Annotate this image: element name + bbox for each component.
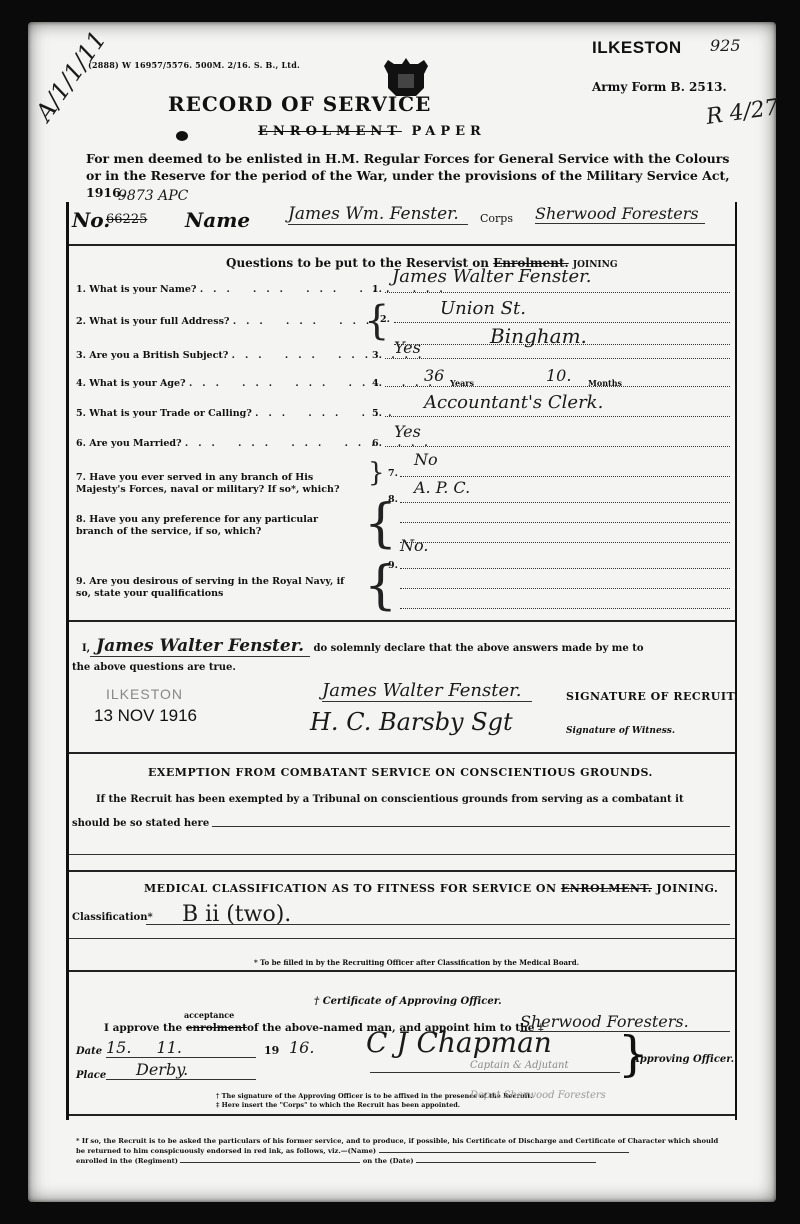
place-field[interactable]: Derby.: [106, 1060, 256, 1080]
corps-label: Corps: [480, 212, 513, 225]
on-date-field[interactable]: [416, 1162, 596, 1163]
declaration-line: I,James Walter Fenster. do solemnly decl…: [82, 636, 732, 656]
inserted-word: acceptance: [184, 1010, 234, 1020]
classification-field[interactable]: B ii (two).: [182, 902, 291, 927]
officer-regiment-stamp: Depot Sherwood Foresters: [470, 1090, 606, 1101]
answer-line: [385, 292, 730, 293]
question-4: 4. What is your Age? ... ... ... ... ...: [76, 378, 442, 389]
approval-prefix: I approve the: [104, 1022, 182, 1034]
year-prefix: 19: [264, 1044, 279, 1057]
certificate-title: † Certificate of Approving Officer.: [314, 996, 502, 1007]
answer-line: [400, 522, 730, 523]
medical-title-struck: ENROLMENT.: [561, 882, 652, 895]
answer-line: [385, 358, 730, 359]
answer-line: [385, 416, 730, 417]
medical-title-replacement: JOINING.: [656, 882, 718, 895]
answer-line: [394, 322, 730, 323]
corps-field[interactable]: Sherwood Foresters: [535, 204, 705, 224]
divider: [69, 938, 735, 939]
recruit-signature[interactable]: James Walter Fenster.: [322, 680, 532, 702]
exemption-text-2: should be so stated here: [72, 818, 209, 829]
date-label: Date: [76, 1046, 102, 1057]
officer-signature[interactable]: C J Chapman: [366, 1026, 552, 1059]
officer-title-stamp: Captain & Adjutant: [470, 1060, 569, 1071]
answer-2-line1[interactable]: Union St.: [440, 298, 526, 319]
date-stamp-date: 13 NOV 1916: [94, 706, 197, 726]
seal-mark: [176, 131, 188, 141]
age-months[interactable]: 10.: [546, 366, 571, 385]
answer-number-9: 9.: [388, 560, 398, 571]
answer-number-2: 2.: [380, 314, 390, 325]
answer-line: [400, 608, 730, 609]
royal-crest-icon: [376, 56, 436, 100]
answer-6[interactable]: Yes: [394, 422, 421, 441]
answer-number-8: 8.: [388, 494, 398, 505]
answer-line: [400, 588, 730, 589]
stamp-number: 925: [710, 36, 741, 55]
approval-struck: enrolment: [186, 1022, 247, 1034]
subtitle-text: PAPER: [411, 124, 485, 139]
medical-title: MEDICAL CLASSIFICATION AS TO FITNESS FOR…: [144, 882, 718, 895]
answer-number-7: 7.: [388, 468, 398, 479]
answer-number-3: 3.: [372, 350, 382, 361]
divider: [69, 854, 735, 855]
document-subtitle: ENROLMENT PAPER: [258, 124, 486, 139]
exemption-field[interactable]: [212, 826, 730, 827]
answer-1[interactable]: James Walter Fenster.: [392, 266, 592, 287]
divider: [69, 970, 735, 972]
answer-line: [400, 542, 730, 543]
classification-label: Classification*: [72, 912, 153, 923]
place-label: Place: [76, 1070, 106, 1081]
name-field[interactable]: James Wm. Fenster.: [288, 204, 468, 225]
medical-note: * To be filled in by the Recruiting Offi…: [254, 958, 579, 967]
date-field[interactable]: 15. 11.: [106, 1038, 256, 1058]
brace: }: [368, 458, 385, 488]
answer-number-6: 6.: [372, 438, 382, 449]
army-form-number: Army Form B. 2513.: [592, 80, 727, 94]
exemption-title: EXEMPTION FROM COMBATANT SERVICE ON CONS…: [148, 766, 653, 779]
answer-line: [400, 476, 730, 477]
subtitle-struck: ENROLMENT: [258, 124, 402, 139]
answer-number-4: 4.: [372, 378, 382, 389]
former-service-note: * If so, the Recruit is to be asked the …: [76, 1136, 728, 1166]
regiment-field[interactable]: [180, 1162, 360, 1163]
answer-8[interactable]: A. P. C.: [414, 478, 470, 497]
number-label: No.: [72, 208, 110, 232]
age-years[interactable]: 36: [424, 366, 444, 385]
footnote-2: ‡ Here insert the "Corps" to which the R…: [216, 1101, 532, 1110]
officer-signature-line: [370, 1072, 620, 1073]
question-6: 6. Are you Married? ... ... ... ... ...: [76, 438, 438, 449]
recruit-signature-label: SIGNATURE OF RECRUIT.: [566, 690, 738, 703]
date-stamp-place: ILKESTON: [106, 686, 183, 702]
divider: [69, 620, 735, 622]
number-original: 66225: [106, 212, 147, 227]
divider: [69, 752, 735, 754]
question-8: 8. Have you any preference for any parti…: [76, 514, 356, 538]
divider: [69, 244, 735, 246]
declaration-name-field[interactable]: James Walter Fenster.: [90, 636, 310, 657]
medical-title-prefix: MEDICAL CLASSIFICATION AS TO FITNESS FOR…: [144, 882, 557, 895]
on-date-label: on the (Date): [363, 1157, 414, 1165]
answer-3[interactable]: Yes: [394, 338, 421, 357]
print-code: (2888) W 16957/5576. 500M. 2/16. S. B., …: [88, 60, 300, 70]
declaration-text: do solemnly declare that the above answe…: [314, 643, 644, 654]
question-9: 9. Are you desirous of serving in the Ro…: [76, 576, 356, 600]
declaration-prefix: I,: [82, 643, 90, 654]
declaration-text-2: the above questions are true.: [72, 662, 236, 673]
witness-signature-label: Signature of Witness.: [566, 726, 675, 736]
former-name-field[interactable]: [379, 1152, 629, 1153]
question-5: 5. What is your Trade or Calling? ... ..…: [76, 408, 402, 419]
regiment-label: enrolled in the (Regiment): [76, 1157, 178, 1165]
year-field[interactable]: 16.: [289, 1038, 314, 1057]
years-label: Years: [450, 378, 474, 388]
answer-line: [400, 502, 730, 503]
divider: [69, 1114, 735, 1116]
months-label: Months: [588, 378, 622, 388]
answer-line: [400, 568, 730, 569]
question-2: 2. What is your full Address? ... ... ..…: [76, 316, 379, 327]
question-7: 7. Have you ever served in any branch of…: [76, 472, 356, 496]
answer-2-line2[interactable]: Bingham.: [490, 324, 587, 348]
place-stamp: ILKESTON: [592, 38, 682, 58]
answer-number-5: 5.: [372, 408, 382, 419]
witness-signature[interactable]: H. C. Barsby Sgt: [310, 708, 513, 736]
number-revised: 9873 APC: [118, 188, 188, 204]
answer-number-1: 1.: [372, 284, 382, 295]
divider: [69, 870, 735, 872]
exemption-text: If the Recruit has been exempted by a Tr…: [96, 794, 731, 805]
name-label: Name: [185, 208, 250, 232]
answer-line: [385, 386, 730, 387]
answer-line: [385, 446, 730, 447]
answer-5[interactable]: Accountant's Clerk.: [424, 392, 603, 413]
answer-7[interactable]: No: [414, 450, 438, 469]
approving-officer-label: Approving Officer.: [632, 1054, 734, 1065]
answer-9[interactable]: No.: [400, 536, 428, 555]
